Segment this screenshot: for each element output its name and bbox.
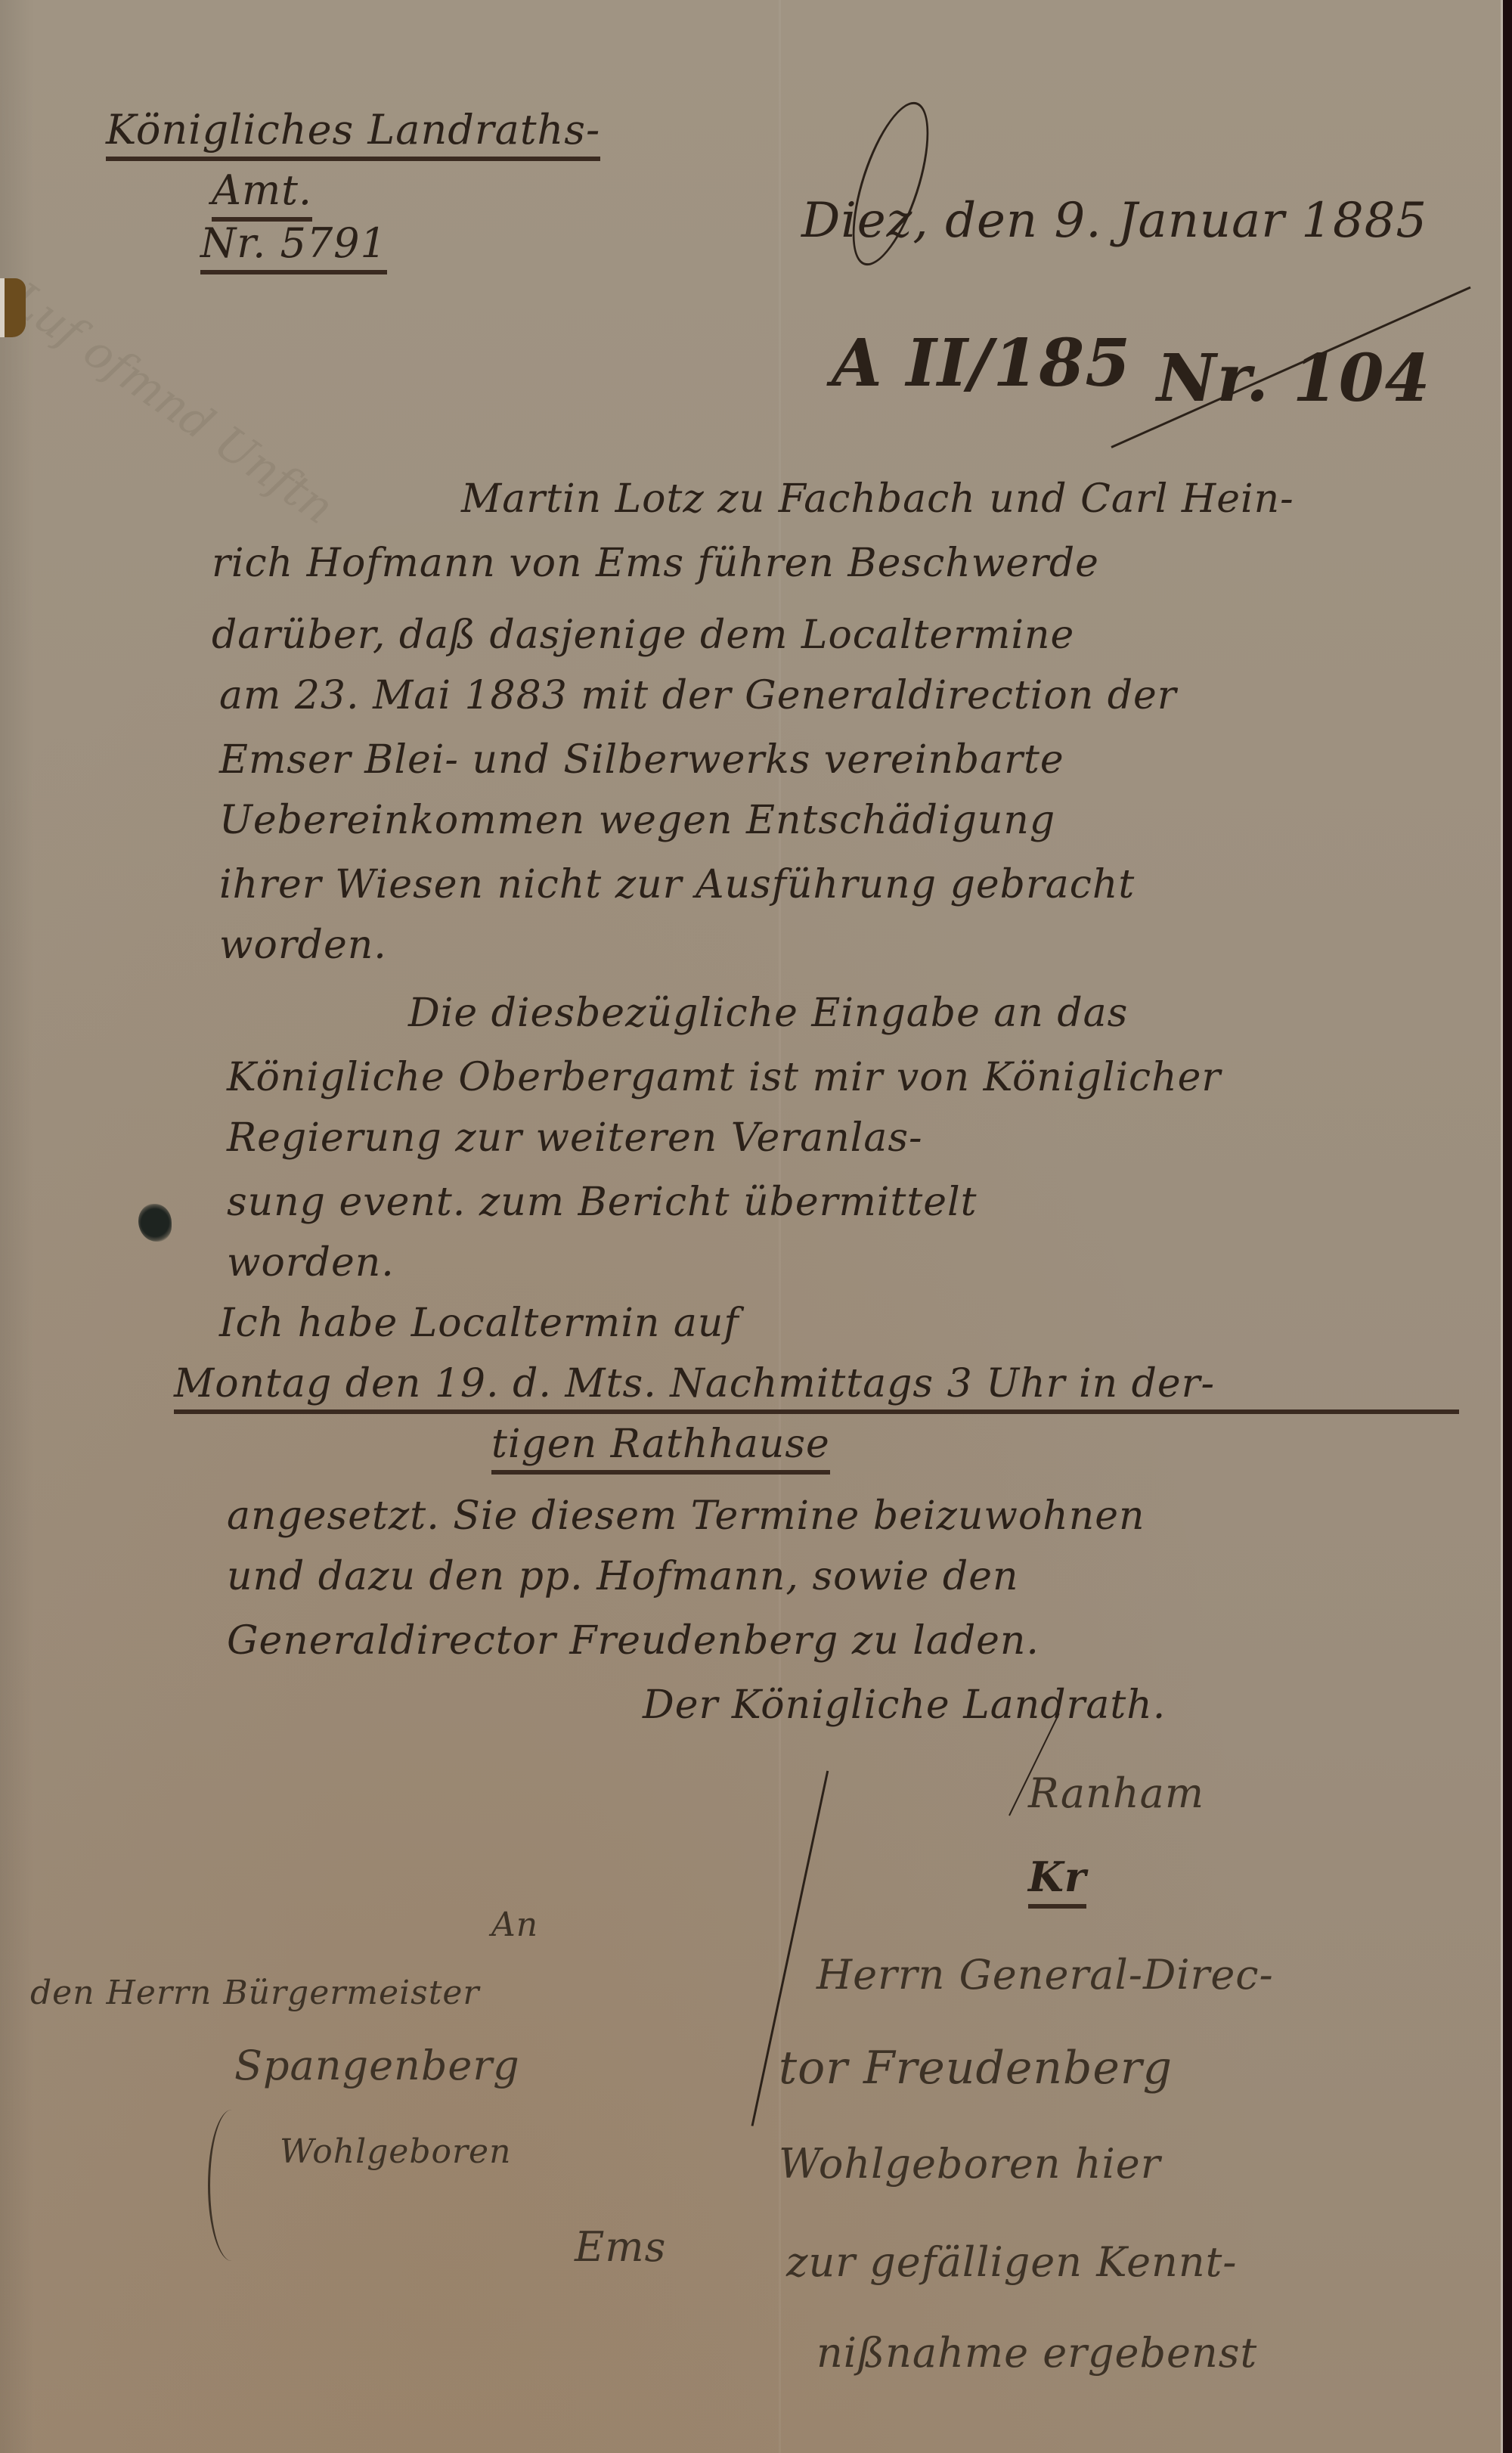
address-line: Herrn General-Direc- <box>816 1951 1274 1999</box>
body-line: Martin Lotz zu Fachbach und Carl Hein- <box>461 476 1294 522</box>
body-line: Ich habe Localtermin auf <box>219 1301 739 1346</box>
body-line: sung event. zum Bericht übermittelt <box>227 1180 978 1225</box>
body-line: Regierung zur weiteren Veranlas- <box>227 1115 923 1161</box>
bleed-through-text: Luf ofmnd Unftn <box>0 272 343 535</box>
address-city: Ems <box>575 2223 666 2271</box>
closing-line: Der Königliche Landrath. <box>643 1682 1166 1728</box>
body-line: ihrer Wiesen nicht zur Ausführung gebrac… <box>219 862 1135 907</box>
left-edge-shading <box>0 0 34 2453</box>
address-name: Spangenberg <box>234 2042 520 2089</box>
body-line: angesetzt. Sie diesem Termine beizuwohne… <box>227 1493 1145 1539</box>
body-line: Generaldirector Freudenberg zu laden. <box>227 1618 1039 1664</box>
torn-paper-left-edge <box>0 278 26 337</box>
body-line: Emser Blei- und Silberwerks vereinbarte <box>219 737 1064 783</box>
address-line: Wohlgeboren hier <box>779 2140 1161 2188</box>
address-line: den Herrn Bürgermeister <box>30 1974 479 2012</box>
body-line: Die diesbezügliche Eingabe an das <box>408 991 1128 1036</box>
appointment-line: tigen Rathhause <box>491 1422 830 1475</box>
address-line: Wohlgeboren <box>280 2132 511 2171</box>
address-line: tor Freudenberg <box>779 2042 1173 2095</box>
signature-name: Ranham <box>1028 1769 1204 1817</box>
ink-blot <box>138 1204 172 1242</box>
bracket-flourish <box>208 2110 256 2261</box>
signature-initials: Kr <box>1028 1853 1086 1909</box>
scan-background-strip <box>1503 0 1512 2453</box>
body-line: worden. <box>227 1240 395 1285</box>
body-line: worden. <box>219 923 387 968</box>
place-date: Diez, den 9. Januar 1885 <box>801 193 1427 249</box>
appointment-line: Montag den 19. d. Mts. Nachmittags 3 Uhr… <box>174 1361 1459 1414</box>
address-line: zur gefälligen Kennt- <box>786 2238 1238 2286</box>
body-line: am 23. Mai 1883 mit der Generaldirection… <box>219 673 1177 718</box>
header-number: Nr. 5791 <box>200 219 387 274</box>
address-line: nißnahme ergebenst <box>816 2329 1257 2377</box>
body-line: Königliche Oberbergamt ist mir von König… <box>227 1055 1221 1100</box>
crossed-out-number: Nr. 104 <box>1157 340 1430 417</box>
letter-sheet: Luf ofmnd Unftn Königliches Landraths- A… <box>0 0 1501 2453</box>
body-line: und dazu den pp. Hofmann, sowie den <box>227 1554 1018 1599</box>
body-line: Uebereinkommen wegen Entschädigung <box>219 798 1055 843</box>
header-office: Amt. <box>212 166 312 222</box>
address-prefix: An <box>491 1906 538 1944</box>
body-line: darüber, daß dasjenige dem Localtermine <box>212 612 1074 658</box>
reference-number: A II/185 <box>832 325 1131 402</box>
body-line: rich Hofmann von Ems führen Beschwerde <box>212 541 1099 586</box>
header-authority: Königliches Landraths- <box>106 106 600 161</box>
